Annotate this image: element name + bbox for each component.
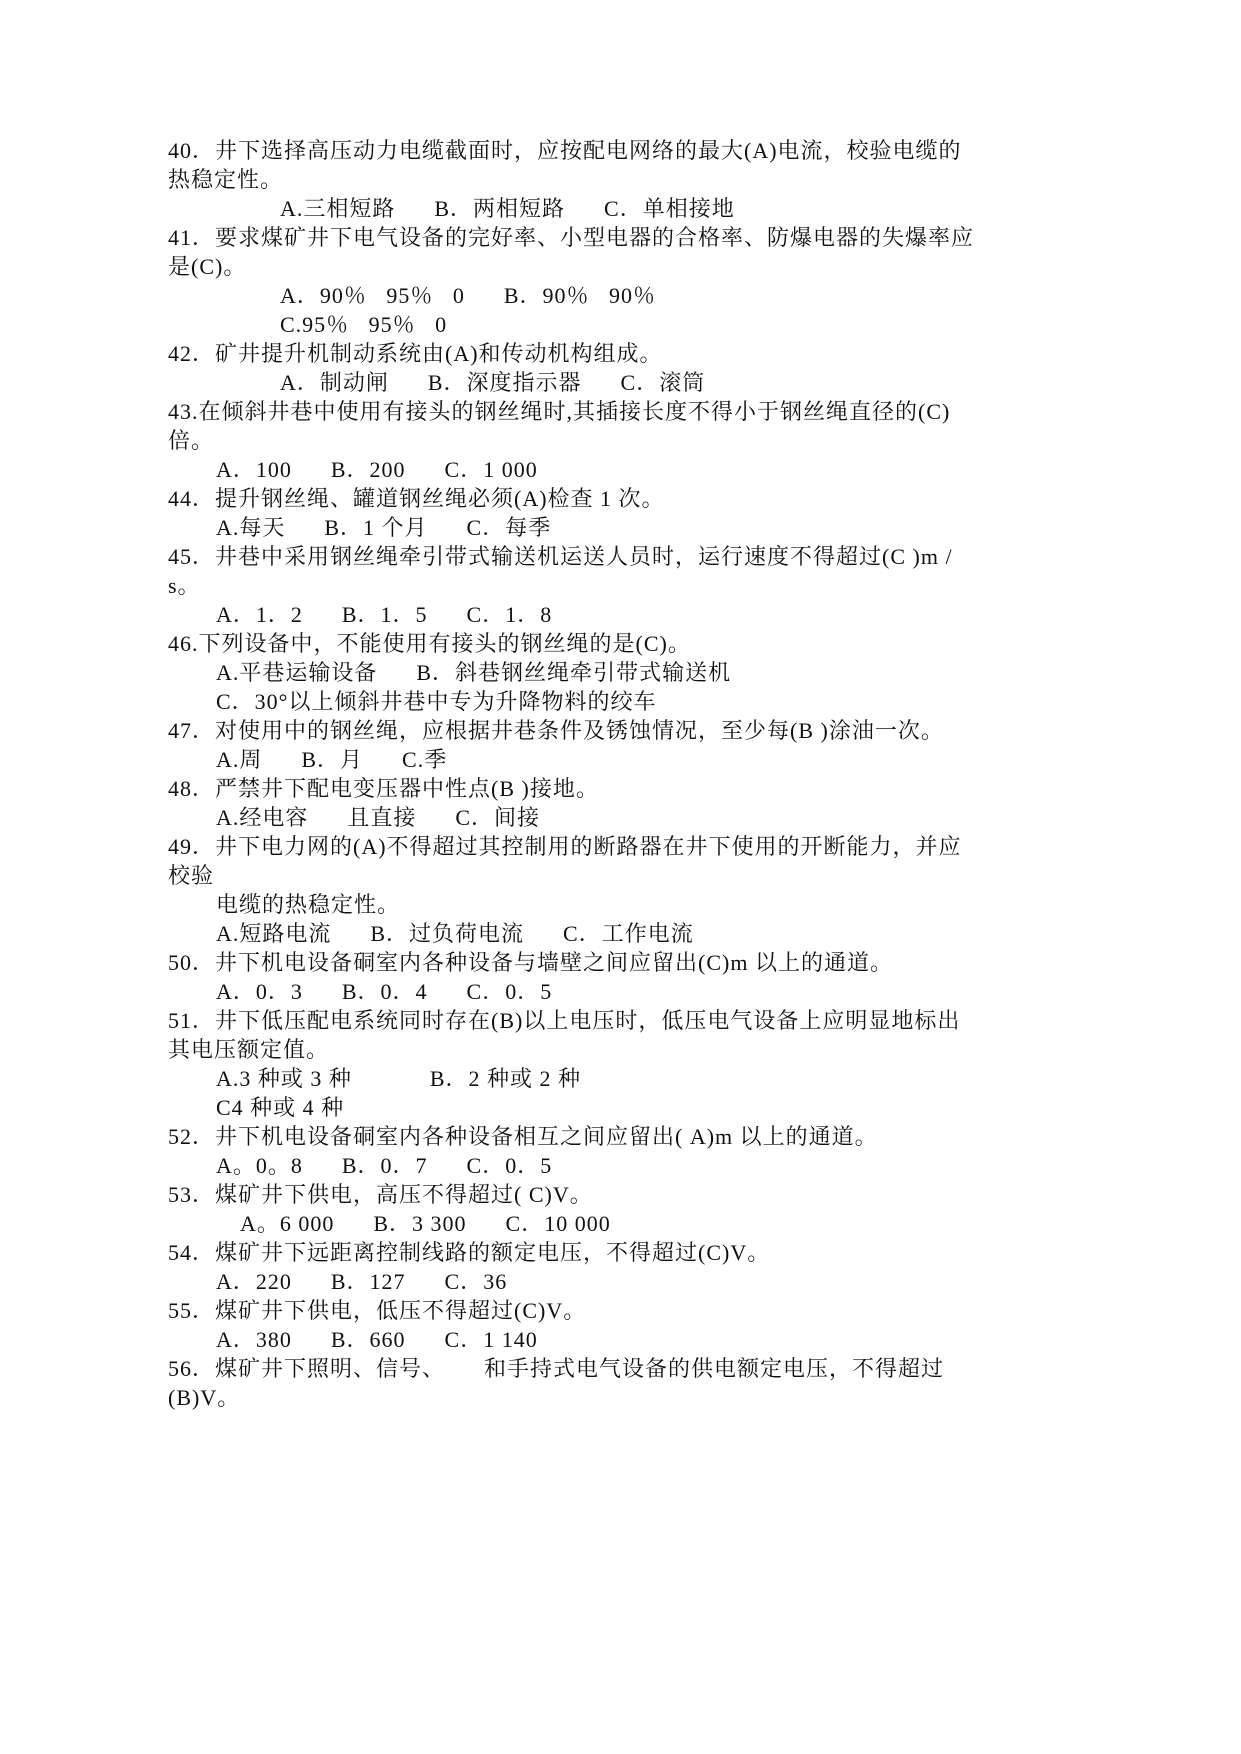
question-text-line: 42．矿井提升机制动系统由(A)和传动机构组成。 <box>168 339 663 368</box>
question-text-line: 校验 <box>168 861 214 890</box>
answer-options-line: A.经电容 且直接 C．间接 <box>216 803 540 832</box>
answer-options-line: A.三相短路 B．两相短路 C．单相接地 <box>280 194 735 223</box>
answer-options-line: A。0。8 B．0．7 C．0．5 <box>216 1151 552 1180</box>
question-text-line: 49．井下电力网的(A)不得超过其控制用的断路器在井下使用的开断能力，并应 <box>168 832 962 861</box>
answer-options-line: 电缆的热稳定性。 <box>216 890 400 919</box>
answer-options-line: A．90％ 95％ 0 B．90％ 90％ <box>280 281 656 310</box>
question-text-line: 其电压额定值。 <box>168 1035 329 1064</box>
question-text-line: 41．要求煤矿井下电气设备的完好率、小型电器的合格率、防爆电器的失爆率应 <box>168 223 974 252</box>
question-text-line: 51．井下低压配电系统同时存在(B)以上电压时，低压电气设备上应明显地标出 <box>168 1006 960 1035</box>
answer-options-line: A．100 B．200 C．1 000 <box>216 455 538 484</box>
answer-options-line: A．1．2 B．1．5 C．1．8 <box>216 600 552 629</box>
answer-options-line: A．制动闸 B．深度指示器 C．滚筒 <box>280 368 705 397</box>
question-text-line: 48．严禁井下配电变压器中性点(B )接地。 <box>168 774 599 803</box>
answer-options-line: A.周 B．月 C.季 <box>216 745 447 774</box>
answer-options-line: A．0．3 B．0．4 C．0．5 <box>216 977 552 1006</box>
question-text-line: 40．井下选择高压动力电缆截面时，应按配电网络的最大(A)电流，校验电缆的 <box>168 136 962 165</box>
question-text-line: 46.下列设备中，不能使用有接头的钢丝绳的是(C)。 <box>168 629 691 658</box>
question-text-line: 44．提升钢丝绳、罐道钢丝绳必须(A)检查 1 次。 <box>168 484 665 513</box>
answer-options-line: A．220 B．127 C．36 <box>216 1267 507 1296</box>
document-page: 40．井下选择高压动力电缆截面时，应按配电网络的最大(A)电流，校验电缆的热稳定… <box>0 0 1241 1754</box>
answer-options-line: C4 种或 4 种 <box>216 1093 344 1122</box>
answer-options-line: C．30°以上倾斜井巷中专为升降物料的绞车 <box>216 687 656 716</box>
question-text-line: (B)V。 <box>168 1383 240 1412</box>
question-text-line: 54．煤矿井下远距离控制线路的额定电压，不得超过(C)V。 <box>168 1238 770 1267</box>
answer-options-line: A.每天 B．1 个月 C．每季 <box>216 513 551 542</box>
question-text-line: 是(C)。 <box>168 252 246 281</box>
answer-options-line: C.95％ 95％ 0 <box>280 310 447 339</box>
question-text-line: 53．煤矿井下供电，高压不得超过( C)V。 <box>168 1180 593 1209</box>
answer-options-line: A。6 000 B．3 300 C．10 000 <box>240 1209 611 1238</box>
question-text-line: 倍。 <box>168 426 214 455</box>
answer-options-line: A.平巷运输设备 B．斜巷钢丝绳牵引带式输送机 <box>216 658 731 687</box>
question-text-line: 55．煤矿井下供电，低压不得超过(C)V。 <box>168 1296 586 1325</box>
question-text-line: 56．煤矿井下照明、信号、 和手持式电气设备的供电额定电压，不得超过 <box>168 1354 944 1383</box>
question-text-line: 43.在倾斜井巷中使用有接头的钢丝绳时,其插接长度不得小于钢丝绳直径的(C) <box>168 397 950 426</box>
answer-options-line: A.3 种或 3 种 B．2 种或 2 种 <box>216 1064 581 1093</box>
question-text-line: 50．井下机电设备硐室内各种设备与墙壁之间应留出(C)m 以上的通道。 <box>168 948 893 977</box>
question-text-line: 47．对使用中的钢丝绳，应根据井巷条件及锈蚀情况，至少每(B )涂油一次。 <box>168 716 944 745</box>
answer-options-line: A．380 B．660 C．1 140 <box>216 1325 538 1354</box>
question-text-line: 45．井巷中采用钢丝绳牵引带式输送机运送人员时，运行速度不得超过(C )m / <box>168 542 953 571</box>
question-text-line: s。 <box>168 571 201 600</box>
question-text-line: 热稳定性。 <box>168 165 283 194</box>
question-text-line: 52．井下机电设备硐室内各种设备相互之间应留出( A)m 以上的通道。 <box>168 1122 878 1151</box>
answer-options-line: A.短路电流 B．过负荷电流 C．工作电流 <box>216 919 694 948</box>
